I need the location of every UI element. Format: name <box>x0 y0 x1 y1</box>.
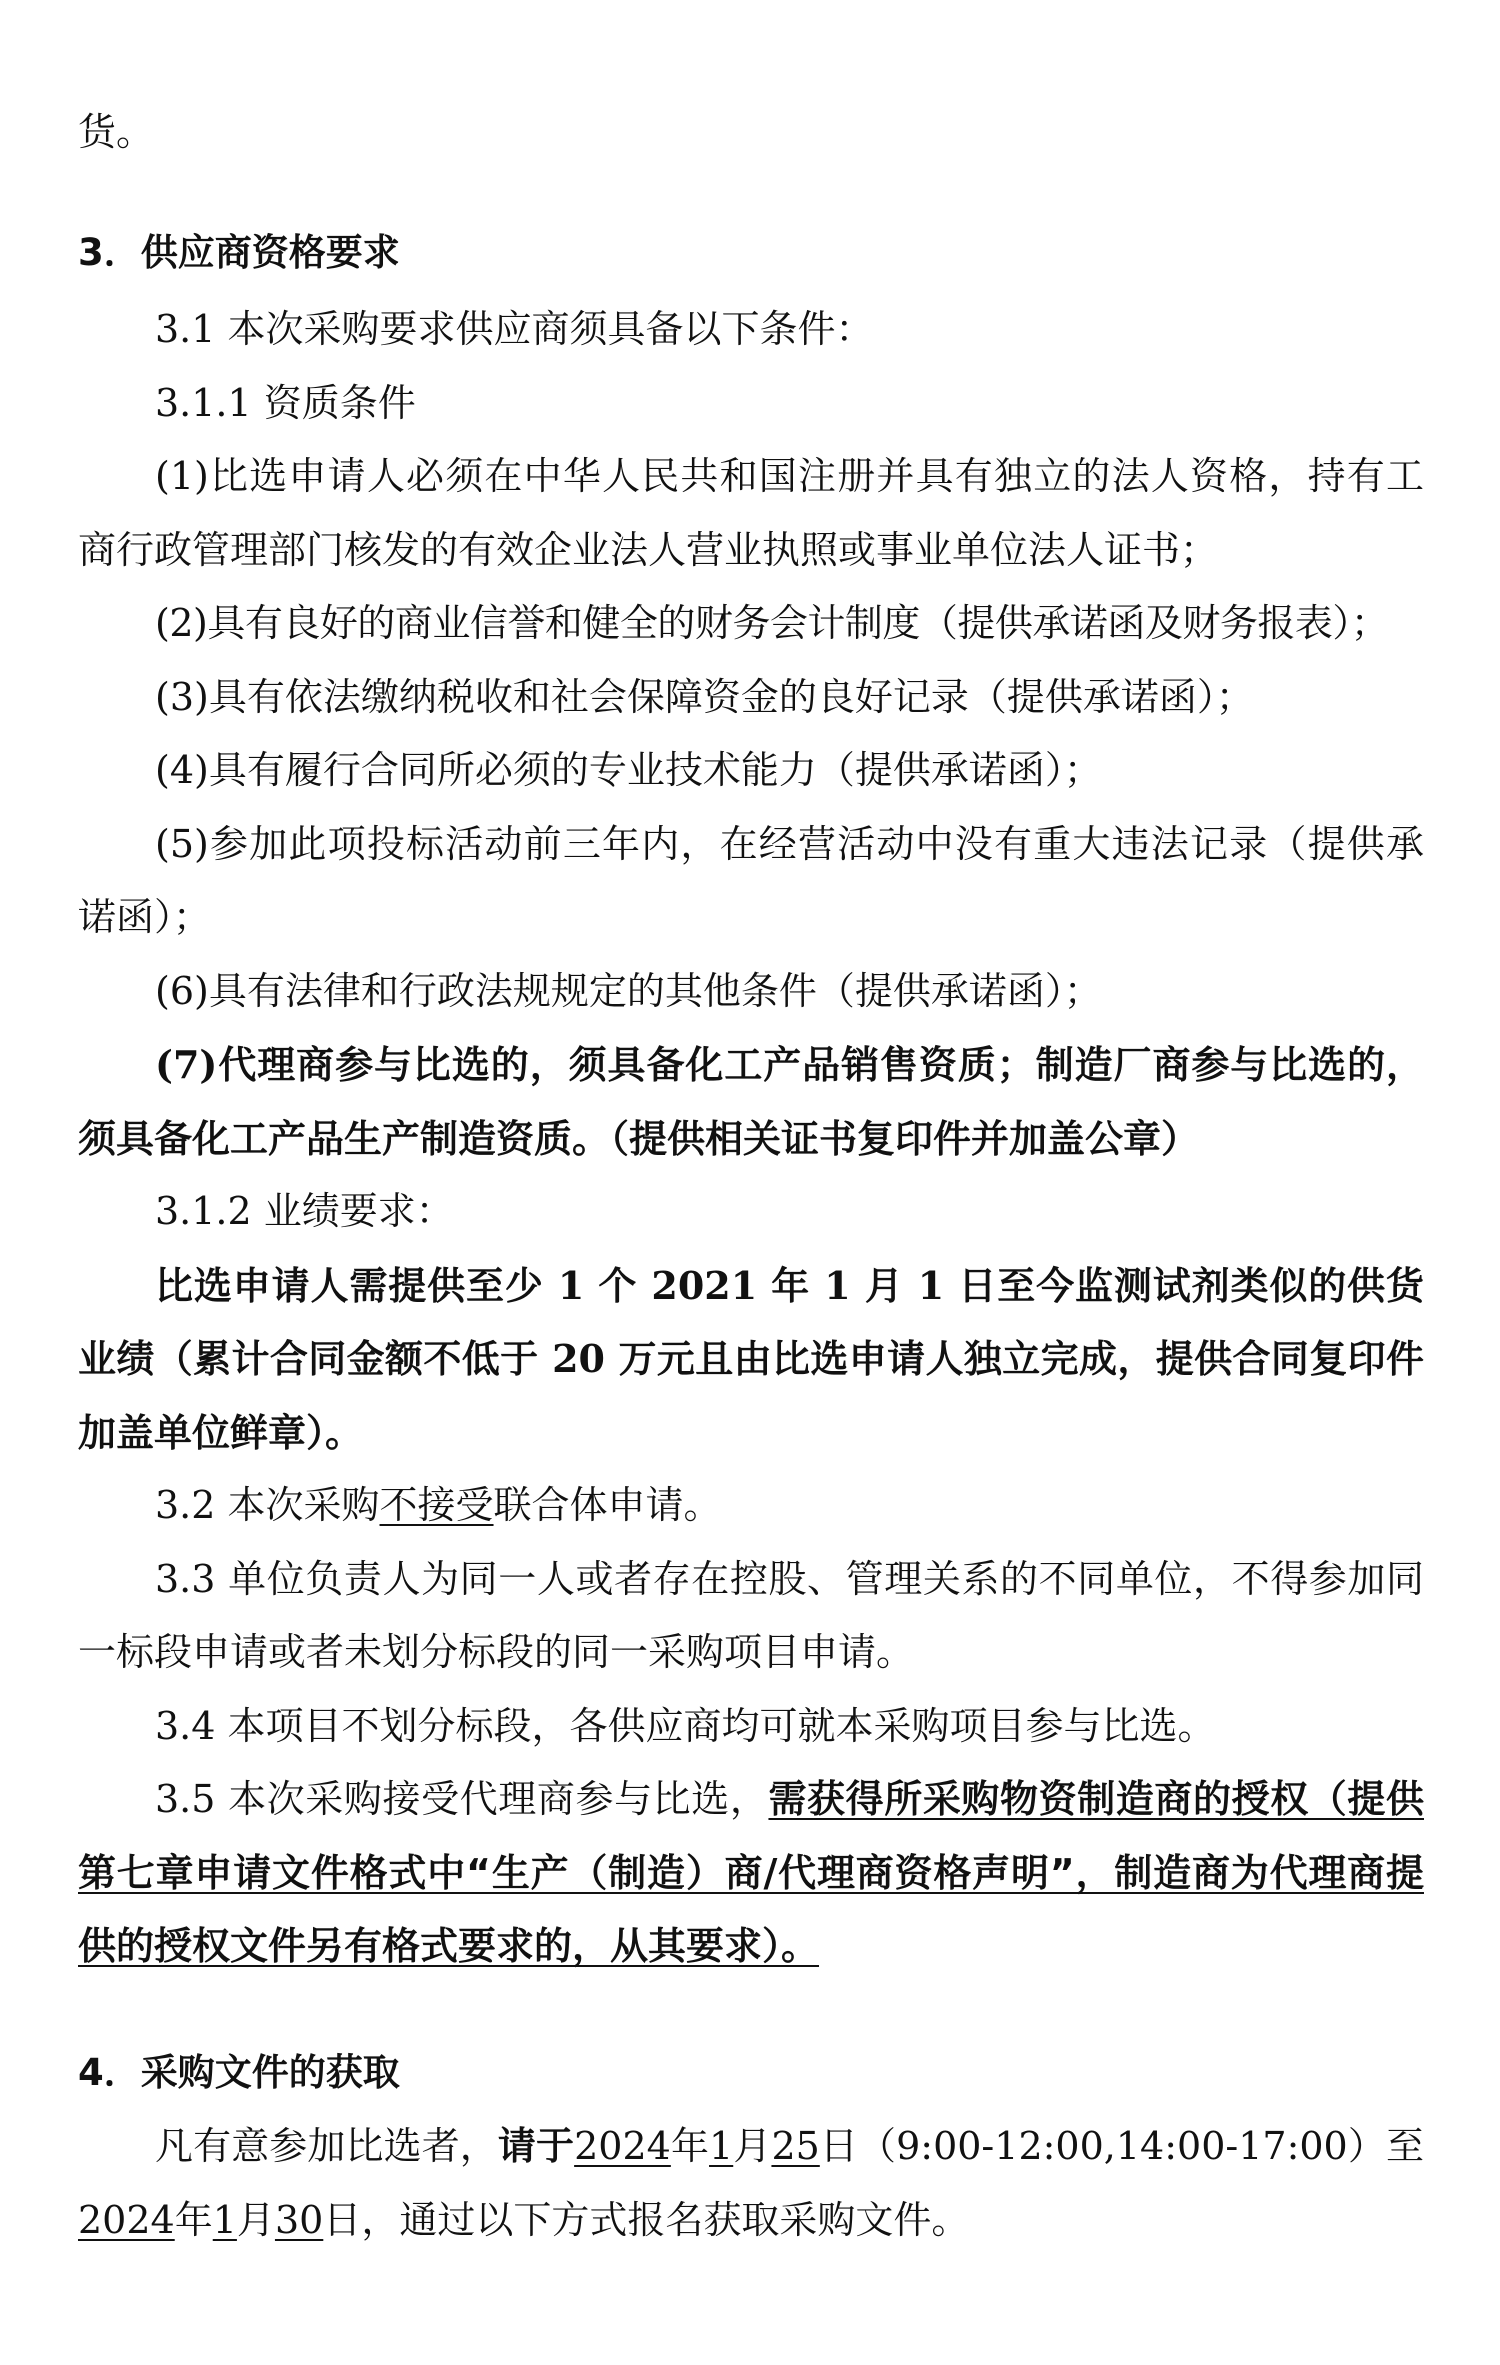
qualification-item-5: (5)参加此项投标活动前三年内，在经营活动中没有重大违法记录（提供承诺函）； <box>78 808 1424 955</box>
office-hours: （9:00-12:00,14:00-17:00） <box>858 2124 1386 2168</box>
performance-requirement: 比选申请人需提供至少 1 个 2021 年 1 月 1 日至今监测试剂类似的供货… <box>78 1249 1424 1470</box>
clause-3-1-1-heading: 3.1.1 资质条件 <box>78 367 1424 441</box>
to-label: 至 <box>1386 2124 1424 2168</box>
end-month: 1 <box>213 2198 237 2242</box>
start-month: 1 <box>709 2124 733 2168</box>
start-year: 2024 <box>574 2124 671 2168</box>
clause-3-2-underlined: 不接受 <box>380 1483 494 1527</box>
document-page: 货。 3．供应商资格要求 3.1 本次采购要求供应商须具备以下条件： 3.1.1… <box>78 96 1424 2257</box>
section-4-heading: 4．采购文件的获取 <box>78 2036 1424 2110</box>
acquisition-tail: ，通过以下方式报名获取采购文件。 <box>361 2198 969 2242</box>
clause-3-5: 3.5 本次采购接受代理商参与比选，需获得所采购物资制造商的授权（提供第七章申请… <box>78 1763 1424 1984</box>
qualification-item-6: (6)具有法律和行政法规规定的其他条件（提供承诺函）； <box>78 955 1424 1029</box>
clause-3-1: 3.1 本次采购要求供应商须具备以下条件： <box>78 293 1424 367</box>
year-label: 年 <box>671 2124 709 2168</box>
clause-3-3: 3.3 单位负责人为同一人或者存在控股、管理关系的不同单位，不得参加同一标段申请… <box>78 1543 1424 1690</box>
qualification-item-2: (2)具有良好的商业信誉和健全的财务会计制度（提供承诺函及财务报表）； <box>78 587 1424 661</box>
end-month-label: 月 <box>237 2198 275 2242</box>
qualification-item-4: (4)具有履行合同所必须的专业技术能力（提供承诺函）； <box>78 734 1424 808</box>
clause-3-1-2-heading: 3.1.2 业绩要求： <box>78 1175 1424 1249</box>
section-3-heading: 3．供应商资格要求 <box>78 216 1424 290</box>
day-label: 日 <box>820 2124 858 2168</box>
clause-3-2: 3.2 本次采购不接受联合体申请。 <box>78 1469 1424 1543</box>
clause-3-5-text: 3.5 本次采购接受代理商参与比选， <box>155 1777 768 1821</box>
clause-3-4: 3.4 本项目不划分标段，各供应商均可就本采购项目参与比选。 <box>78 1690 1424 1764</box>
month-label: 月 <box>733 2124 771 2168</box>
acquisition-paragraph: 凡有意参加比选者，请于2024年1月25日（9:00-12:00,14:00-1… <box>78 2109 1424 2257</box>
end-day: 30 <box>275 2198 323 2242</box>
qualification-item-7: (7)代理商参与比选的，须具备化工产品销售资质；制造厂商参与比选的，须具备化工产… <box>78 1028 1424 1175</box>
qualification-item-3: (3)具有依法缴纳税收和社会保障资金的良好记录（提供承诺函）； <box>78 661 1424 735</box>
clause-3-2-text: 3.2 本次采购 <box>155 1483 380 1527</box>
start-day: 25 <box>771 2124 819 2168</box>
end-day-label: 日 <box>323 2198 361 2242</box>
end-year-label: 年 <box>175 2198 213 2242</box>
clause-3-2-tail: 联合体申请。 <box>494 1483 722 1527</box>
continuation-text: 货。 <box>78 96 1424 170</box>
end-year: 2024 <box>78 2198 175 2242</box>
acquisition-bold-lead: 请于 <box>498 2123 574 2168</box>
acquisition-lead: 凡有意参加比选者， <box>155 2124 498 2168</box>
qualification-item-1: (1)比选申请人必须在中华人民共和国注册并具有独立的法人资格，持有工商行政管理部… <box>78 440 1424 587</box>
